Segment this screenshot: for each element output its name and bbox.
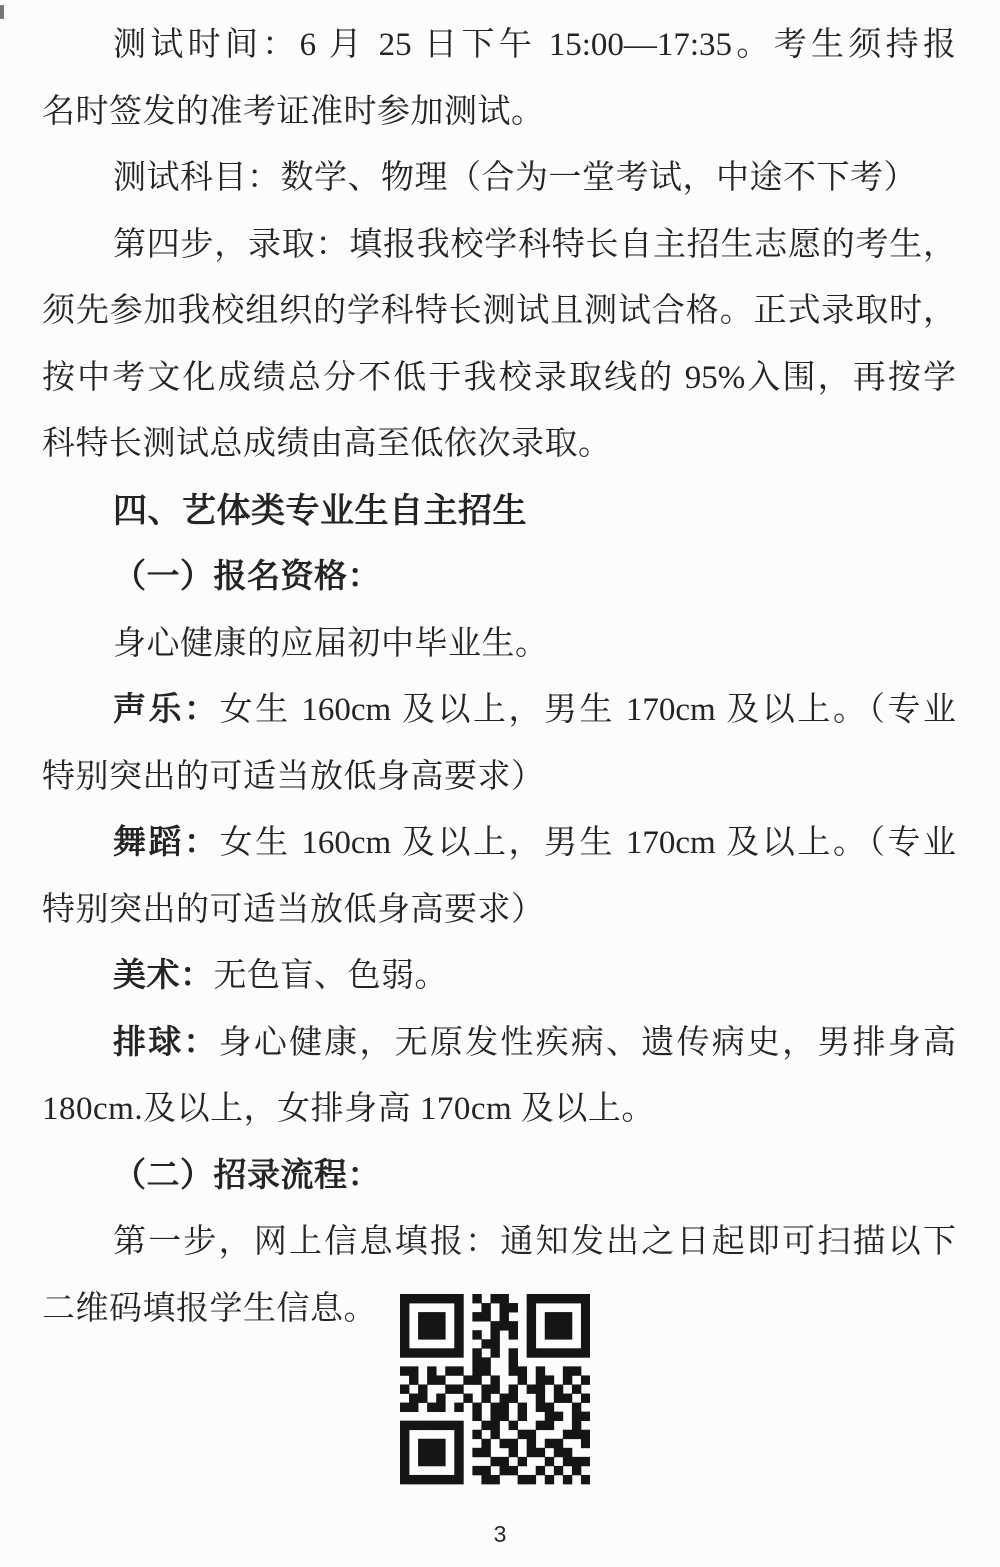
page-number: 3 bbox=[494, 1521, 507, 1547]
line-text: 按中考文化成绩总分不低于我校录取线的 95%入围，再按学 bbox=[42, 360, 956, 396]
document-body: 测试时间：6 月 25 日下午 15:00—17:35。考生须持报名时签发的准考… bbox=[42, 12, 956, 1342]
line-text: 特别突出的可适当放低身高要求） bbox=[42, 892, 545, 928]
line-text: 测试时间：6 月 25 日下午 15:00—17:35。考生须持报 bbox=[113, 27, 956, 63]
qr-code-image bbox=[400, 1292, 590, 1486]
line-text: 测试科目：数学、物理（合为一堂考试，中途不下考） bbox=[113, 160, 917, 196]
scan-artifact bbox=[0, 5, 4, 19]
text-line: （二）招录流程： bbox=[42, 1143, 956, 1210]
text-line: 排球：身心健康，无原发性疾病、遗传病史，男排身高 bbox=[42, 1010, 956, 1077]
line-text: （二）招录流程： bbox=[113, 1158, 381, 1194]
line-text: （一）报名资格： bbox=[113, 559, 381, 595]
text-line: 须先参加我校组织的学科特长测试且测试合格。正式录取时， bbox=[42, 278, 956, 345]
text-line: 四、艺体类专业生自主招生 bbox=[42, 478, 956, 545]
line-text: 180cm.及以上，女排身高 170cm 及以上。 bbox=[42, 1091, 655, 1127]
line-label: 舞蹈： bbox=[113, 825, 220, 861]
qr-code bbox=[400, 1292, 590, 1486]
text-line: 特别突出的可适当放低身高要求） bbox=[42, 744, 956, 811]
page-footer: 3 bbox=[0, 1521, 1000, 1548]
text-line: 科特长测试总成绩由高至低依次录取。 bbox=[42, 411, 956, 478]
text-line: 第四步，录取：填报我校学科特长自主招生志愿的考生， bbox=[42, 212, 956, 279]
line-text: 身心健康的应届初中毕业生。 bbox=[113, 626, 549, 662]
line-text: 特别突出的可适当放低身高要求） bbox=[42, 759, 545, 795]
line-label: 声乐： bbox=[113, 692, 220, 728]
text-line: 第一步，网上信息填报：通知发出之日起即可扫描以下 bbox=[42, 1209, 956, 1276]
line-text: 女生 160cm 及以上，男生 170cm 及以上。（专业 bbox=[220, 692, 956, 728]
line-text: 第一步，网上信息填报：通知发出之日起即可扫描以下 bbox=[113, 1224, 956, 1260]
text-line: 特别突出的可适当放低身高要求） bbox=[42, 877, 956, 944]
text-line: 美术：无色盲、色弱。 bbox=[42, 943, 956, 1010]
text-line: 180cm.及以上，女排身高 170cm 及以上。 bbox=[42, 1076, 956, 1143]
text-line: 舞蹈：女生 160cm 及以上，男生 170cm 及以上。（专业 bbox=[42, 810, 956, 877]
text-line: 测试科目：数学、物理（合为一堂考试，中途不下考） bbox=[42, 145, 956, 212]
line-text: 名时签发的准考证准时参加测试。 bbox=[42, 94, 545, 130]
text-line: （一）报名资格： bbox=[42, 544, 956, 611]
line-text: 女生 160cm 及以上，男生 170cm 及以上。（专业 bbox=[220, 825, 956, 861]
line-text: 四、艺体类专业生自主招生 bbox=[113, 492, 527, 530]
line-text: 科特长测试总成绩由高至低依次录取。 bbox=[42, 426, 612, 462]
text-line: 测试时间：6 月 25 日下午 15:00—17:35。考生须持报 bbox=[42, 12, 956, 79]
text-line: 名时签发的准考证准时参加测试。 bbox=[42, 79, 956, 146]
line-text: 无色盲、色弱。 bbox=[214, 958, 449, 994]
text-line: 声乐：女生 160cm 及以上，男生 170cm 及以上。（专业 bbox=[42, 677, 956, 744]
text-line: 按中考文化成绩总分不低于我校录取线的 95%入围，再按学 bbox=[42, 345, 956, 412]
scanned-document-page: 测试时间：6 月 25 日下午 15:00—17:35。考生须持报名时签发的准考… bbox=[0, 0, 1000, 1567]
line-text: 须先参加我校组织的学科特长测试且测试合格。正式录取时， bbox=[42, 293, 956, 329]
line-label: 排球： bbox=[113, 1025, 219, 1061]
text-line: 身心健康的应届初中毕业生。 bbox=[42, 611, 956, 678]
line-text: 二维码填报学生信息。 bbox=[42, 1291, 377, 1327]
line-text: 身心健康，无原发性疾病、遗传病史，男排身高 bbox=[219, 1025, 956, 1061]
line-text: 第四步，录取：填报我校学科特长自主招生志愿的考生， bbox=[113, 227, 956, 263]
line-label: 美术： bbox=[113, 958, 214, 994]
